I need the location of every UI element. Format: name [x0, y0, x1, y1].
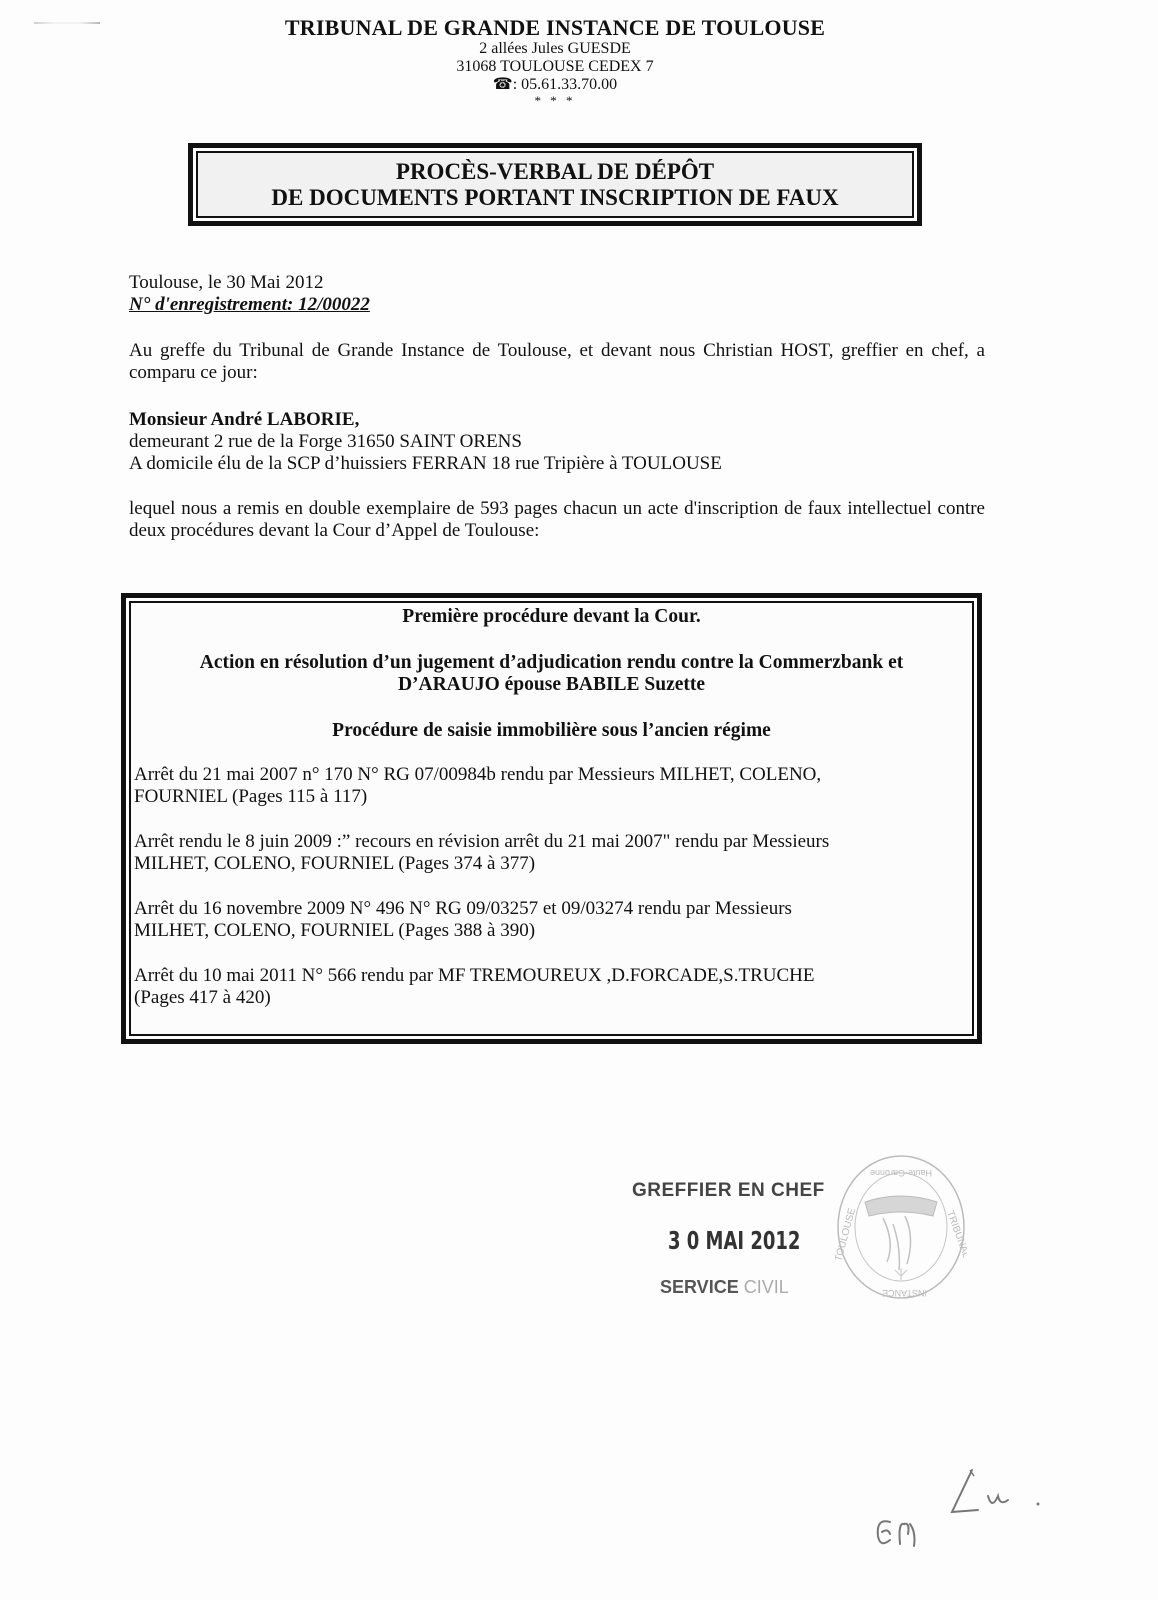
judgment-line: MILHET, COLENO, FOURNIEL (Pages 374 à 37… [134, 853, 964, 875]
procedure-box: Première procédure devant la Cour. Actio… [121, 593, 982, 1044]
stamp-service-label: SERVICE [660, 1277, 739, 1297]
registration-value: 12/00022 [298, 294, 370, 315]
header-separator: * * * [0, 94, 1110, 108]
court-address-city: 31068 TOULOUSE CEDEX 7 [0, 58, 1110, 76]
judgment-line: FOURNIEL (Pages 115 à 117) [134, 786, 964, 808]
court-name: TRIBUNAL DE GRANDE INSTANCE DE TOULOUSE [0, 16, 1110, 40]
registration-number: N° d'enregistrement: 12/00022 [129, 294, 989, 316]
procedure-subheading: Procédure de saisie immobilière sous l’a… [131, 720, 972, 742]
judgment-item: Arrêt du 10 mai 2011 N° 566 rendu par MF… [134, 965, 964, 1009]
party-elected-domicile: A domicile élu de la SCP d’huissiers FER… [129, 453, 989, 475]
telephone-icon: ☎ [493, 76, 513, 93]
judgment-line: Arrêt du 21 mai 2007 n° 170 N° RG 07/009… [134, 764, 964, 786]
intro-paragraph: Au greffe du Tribunal de Grande Instance… [129, 340, 985, 384]
court-header: TRIBUNAL DE GRANDE INSTANCE DE TOULOUSE … [0, 16, 1110, 108]
court-seal-icon: Haute-Garonne TRIBUNAL TOULOUSE INSTANCE [835, 1152, 967, 1302]
document-title-box: PROCÈS-VERBAL DE DÉPÔT DE DOCUMENTS PORT… [188, 143, 922, 226]
registration-separator: : [287, 294, 298, 315]
procedure-action-line2: D’ARAUJO épouse BABILE Suzette [131, 674, 972, 696]
stamp-service: SERVICE CIVIL [660, 1277, 789, 1298]
judgment-line: Arrêt rendu le 8 juin 2009 :” recours en… [134, 831, 964, 853]
document-title-line1: PROCÈS-VERBAL DE DÉPÔT [396, 159, 714, 185]
phone-number: : 05.61.33.70.00 [513, 76, 617, 93]
procedure-heading: Première procédure devant la Cour. [131, 606, 972, 628]
document-title-line2: DE DOCUMENTS PORTANT INSCRIPTION DE FAUX [271, 185, 838, 211]
court-phone: ☎: 05.61.33.70.00 [0, 76, 1110, 94]
deposit-paragraph: lequel nous a remis en double exemplaire… [129, 498, 985, 542]
handwritten-annotation [860, 1460, 1050, 1550]
judgment-item: Arrêt rendu le 8 juin 2009 :” recours en… [134, 831, 964, 875]
judgment-item: Arrêt du 16 novembre 2009 N° 496 N° RG 0… [134, 898, 964, 942]
party-residence: demeurant 2 rue de la Forge 31650 SAINT … [129, 431, 989, 453]
registration-label: N° d'enregistrement [129, 294, 287, 315]
judgment-line: (Pages 417 à 420) [134, 987, 964, 1009]
procedure-action-line1: Action en résolution d’un jugement d’adj… [131, 652, 972, 674]
svg-text:Haute-Garonne: Haute-Garonne [870, 1168, 932, 1178]
judgment-line: MILHET, COLENO, FOURNIEL (Pages 388 à 39… [134, 920, 964, 942]
stamp-date: 3 0 MAI 2012 [668, 1226, 800, 1255]
judgment-line: Arrêt du 16 novembre 2009 N° 496 N° RG 0… [134, 898, 964, 920]
judgment-item: Arrêt du 21 mai 2007 n° 170 N° RG 07/009… [134, 764, 964, 808]
stamp-service-faded: CIVIL [744, 1277, 789, 1297]
judgment-line: Arrêt du 10 mai 2011 N° 566 rendu par MF… [134, 965, 964, 987]
place-date: Toulouse, le 30 Mai 2012 [129, 272, 989, 294]
party-name: Monsieur André LABORIE, [129, 409, 989, 431]
svg-text:INSTANCE: INSTANCE [882, 1288, 927, 1298]
stamp-title: GREFFIER EN CHEF [632, 1180, 825, 1202]
court-address-street: 2 allées Jules GUESDE [0, 40, 1110, 58]
